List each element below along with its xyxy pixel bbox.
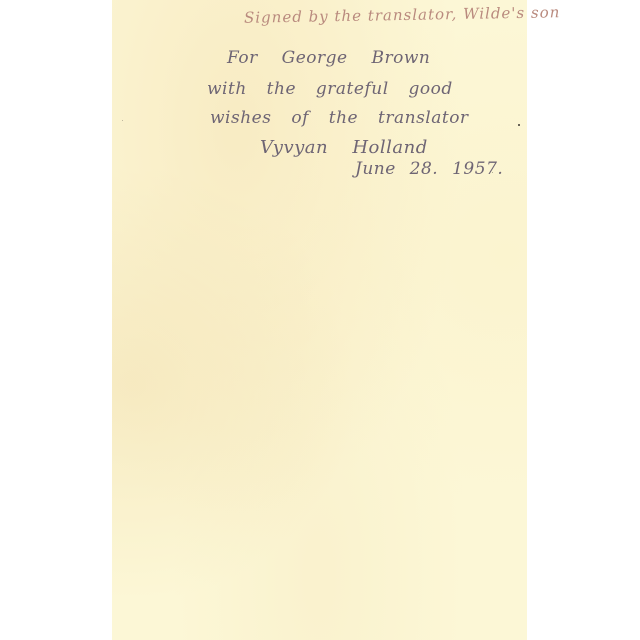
paper-speck [518, 124, 520, 126]
paper-speck [122, 120, 123, 121]
inscription-line-recipient: For George Brown [227, 48, 430, 68]
paper-speck [492, 172, 493, 173]
book-page: Signed by the translator, Wilde's son Fo… [112, 0, 527, 640]
inscription-signature: Vyvyan Holland [260, 137, 428, 158]
inscription-line-2: with the grateful good [207, 79, 453, 99]
inscription-line-3: wishes of the translator [210, 108, 469, 128]
inscription-date: June 28. 1957. [355, 159, 503, 179]
pencil-note-signed-by-translator: Signed by the translator, Wilde's son [244, 3, 561, 27]
